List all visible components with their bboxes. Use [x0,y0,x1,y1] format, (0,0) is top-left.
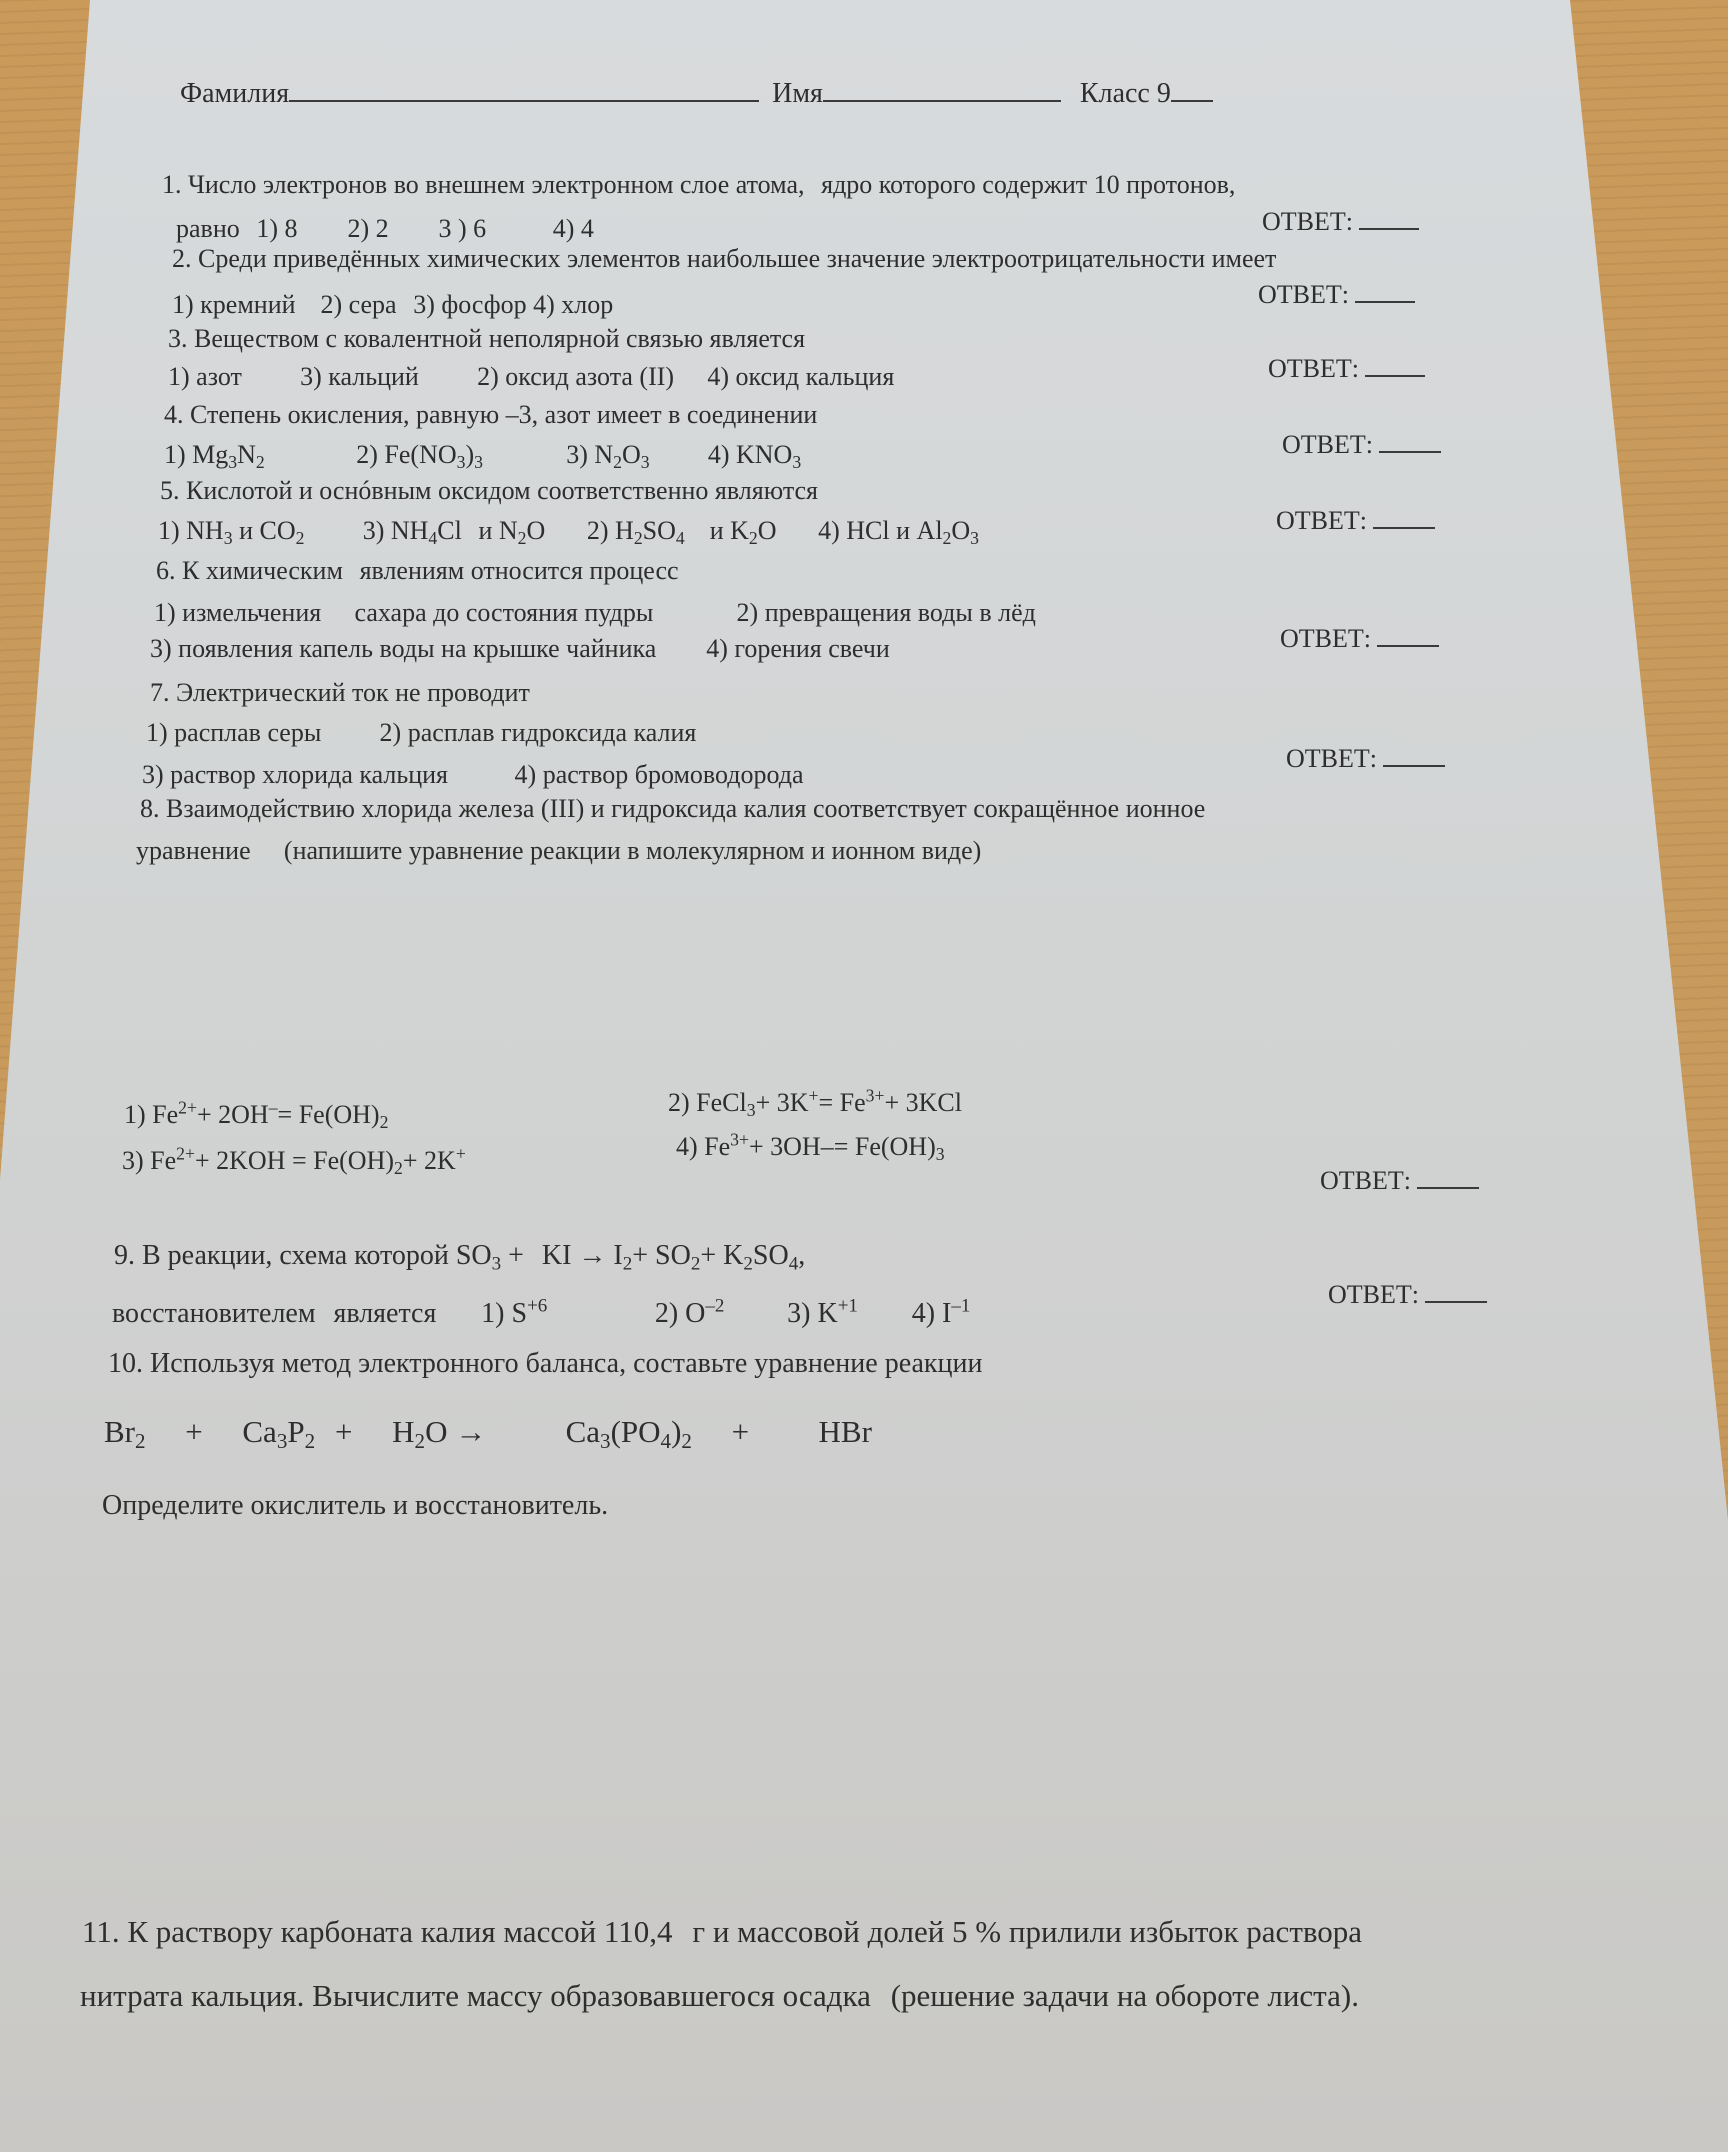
worksheet-paper: Фамилия Имя Класс 9 1. Число электронов … [0,0,1728,2152]
answer-label: ОТВЕТ: [1286,744,1377,773]
question-4-text: 4. Степень окисления, равную –3, азот им… [164,400,817,430]
header-row: Фамилия Имя Класс 9 [180,78,1213,110]
answer-blank[interactable] [1379,450,1441,453]
question-6-answer[interactable]: ОТВЕТ: [1280,624,1439,654]
answer-blank[interactable] [1359,227,1419,230]
question-5-answer[interactable]: ОТВЕТ: [1276,506,1435,536]
question-3-answer[interactable]: ОТВЕТ: [1268,354,1425,384]
question-9-options: восстановителемявляется1) S+62) O–23) K+… [112,1298,970,1330]
name-label: Имя [772,78,823,109]
answer-blank[interactable] [1383,764,1445,767]
question-10-equation: Br2+Ca3P2+H2O →Ca3(PO4)2+HBr [104,1414,872,1450]
question-4-options: 1) Mg3N22) Fe(NO3)33) N2O34) KNO3 [164,440,801,470]
question-11-text: 11. К раствору карбоната калия массой 11… [82,1914,1362,1950]
answer-blank[interactable] [1377,644,1439,647]
question-10-text: 10. Используя метод электронного баланса… [108,1348,982,1380]
question-2-options: 1) кремний2) сера3) фосфор 4) хлор [172,290,613,320]
question-1-text: 1. Число электронов во внешнем электронн… [162,170,1235,200]
class-field[interactable] [1171,99,1213,102]
question-11-text-continued: нитрата кальция. Вычислите массу образов… [80,1978,1359,2014]
question-3-options: 1) азот3) кальций2) оксид азота (II)4) о… [168,362,894,392]
question-8-instruction: уравнение(напишите уравнение реакции в м… [136,836,981,866]
question-7-answer[interactable]: ОТВЕТ: [1286,744,1445,774]
answer-label: ОТВЕТ: [1280,624,1371,653]
question-7-options-row2: 3) раствор хлорида кальция4) раствор бро… [142,760,804,790]
question-8-text: 8. Взаимодействию хлорида железа (III) и… [140,794,1205,824]
question-8-option-4: 4) Fe3++ 3OH–= Fe(OH)3 [676,1132,945,1162]
answer-label: ОТВЕТ: [1328,1280,1419,1309]
answer-label: ОТВЕТ: [1258,280,1349,309]
answer-blank[interactable] [1355,300,1415,303]
question-9-text: 9. В реакции, схема которой SO3 +KI → I2… [114,1240,805,1272]
answer-label: ОТВЕТ: [1262,207,1353,236]
question-7-options-row1: 1) расплав серы2) расплав гидроксида кал… [146,718,696,748]
question-6-options-row2: 3) появления капель воды на крышке чайни… [150,634,890,664]
surname-field[interactable] [289,99,759,102]
answer-blank[interactable] [1365,374,1425,377]
question-5-text: 5. Кислотой и оснóвным оксидом соответст… [160,476,818,506]
question-8-option-3: 3) Fe2++ 2KOH = Fe(OH)2+ 2K+ [122,1146,466,1176]
answer-label: ОТВЕТ: [1320,1166,1411,1195]
answer-blank[interactable] [1417,1186,1479,1189]
question-2-text: 2. Среди приведённых химических элементо… [172,244,1276,274]
answer-label: ОТВЕТ: [1282,430,1373,459]
question-10-instruction: Определите окислитель и восстановитель. [102,1490,608,1522]
question-7-text: 7. Электрический ток не проводит [150,678,530,708]
question-8-option-2: 2) FeCl3+ 3K+= Fe3++ 3KCl [668,1088,962,1118]
question-9-answer[interactable]: ОТВЕТ: [1328,1280,1487,1310]
question-1-answer[interactable]: ОТВЕТ: [1262,207,1419,237]
question-4-answer[interactable]: ОТВЕТ: [1282,430,1441,460]
answer-blank[interactable] [1373,526,1435,529]
answer-blank[interactable] [1425,1300,1487,1303]
question-8-answer[interactable]: ОТВЕТ: [1320,1166,1479,1196]
question-5-options: 1) NH3 и CO23) NH4Clи N2O2) H2SO4и K2O4)… [158,516,979,546]
question-1-options: равно1) 82) 23 ) 64) 4 [176,214,594,244]
name-field[interactable] [823,99,1061,102]
answer-label: ОТВЕТ: [1276,506,1367,535]
surname-label: Фамилия [180,78,289,109]
question-2-answer[interactable]: ОТВЕТ: [1258,280,1415,310]
question-6-text: 6. К химическимявлениям относится процес… [156,556,679,586]
question-6-options-row1: 1) измельчениясахара до состояния пудры2… [154,598,1036,628]
answer-label: ОТВЕТ: [1268,354,1359,383]
class-label: Класс 9 [1080,78,1171,109]
question-3-text: 3. Веществом с ковалентной неполярной св… [168,324,805,354]
question-8-option-1: 1) Fe2++ 2OH–= Fe(OH)2 [124,1100,388,1130]
